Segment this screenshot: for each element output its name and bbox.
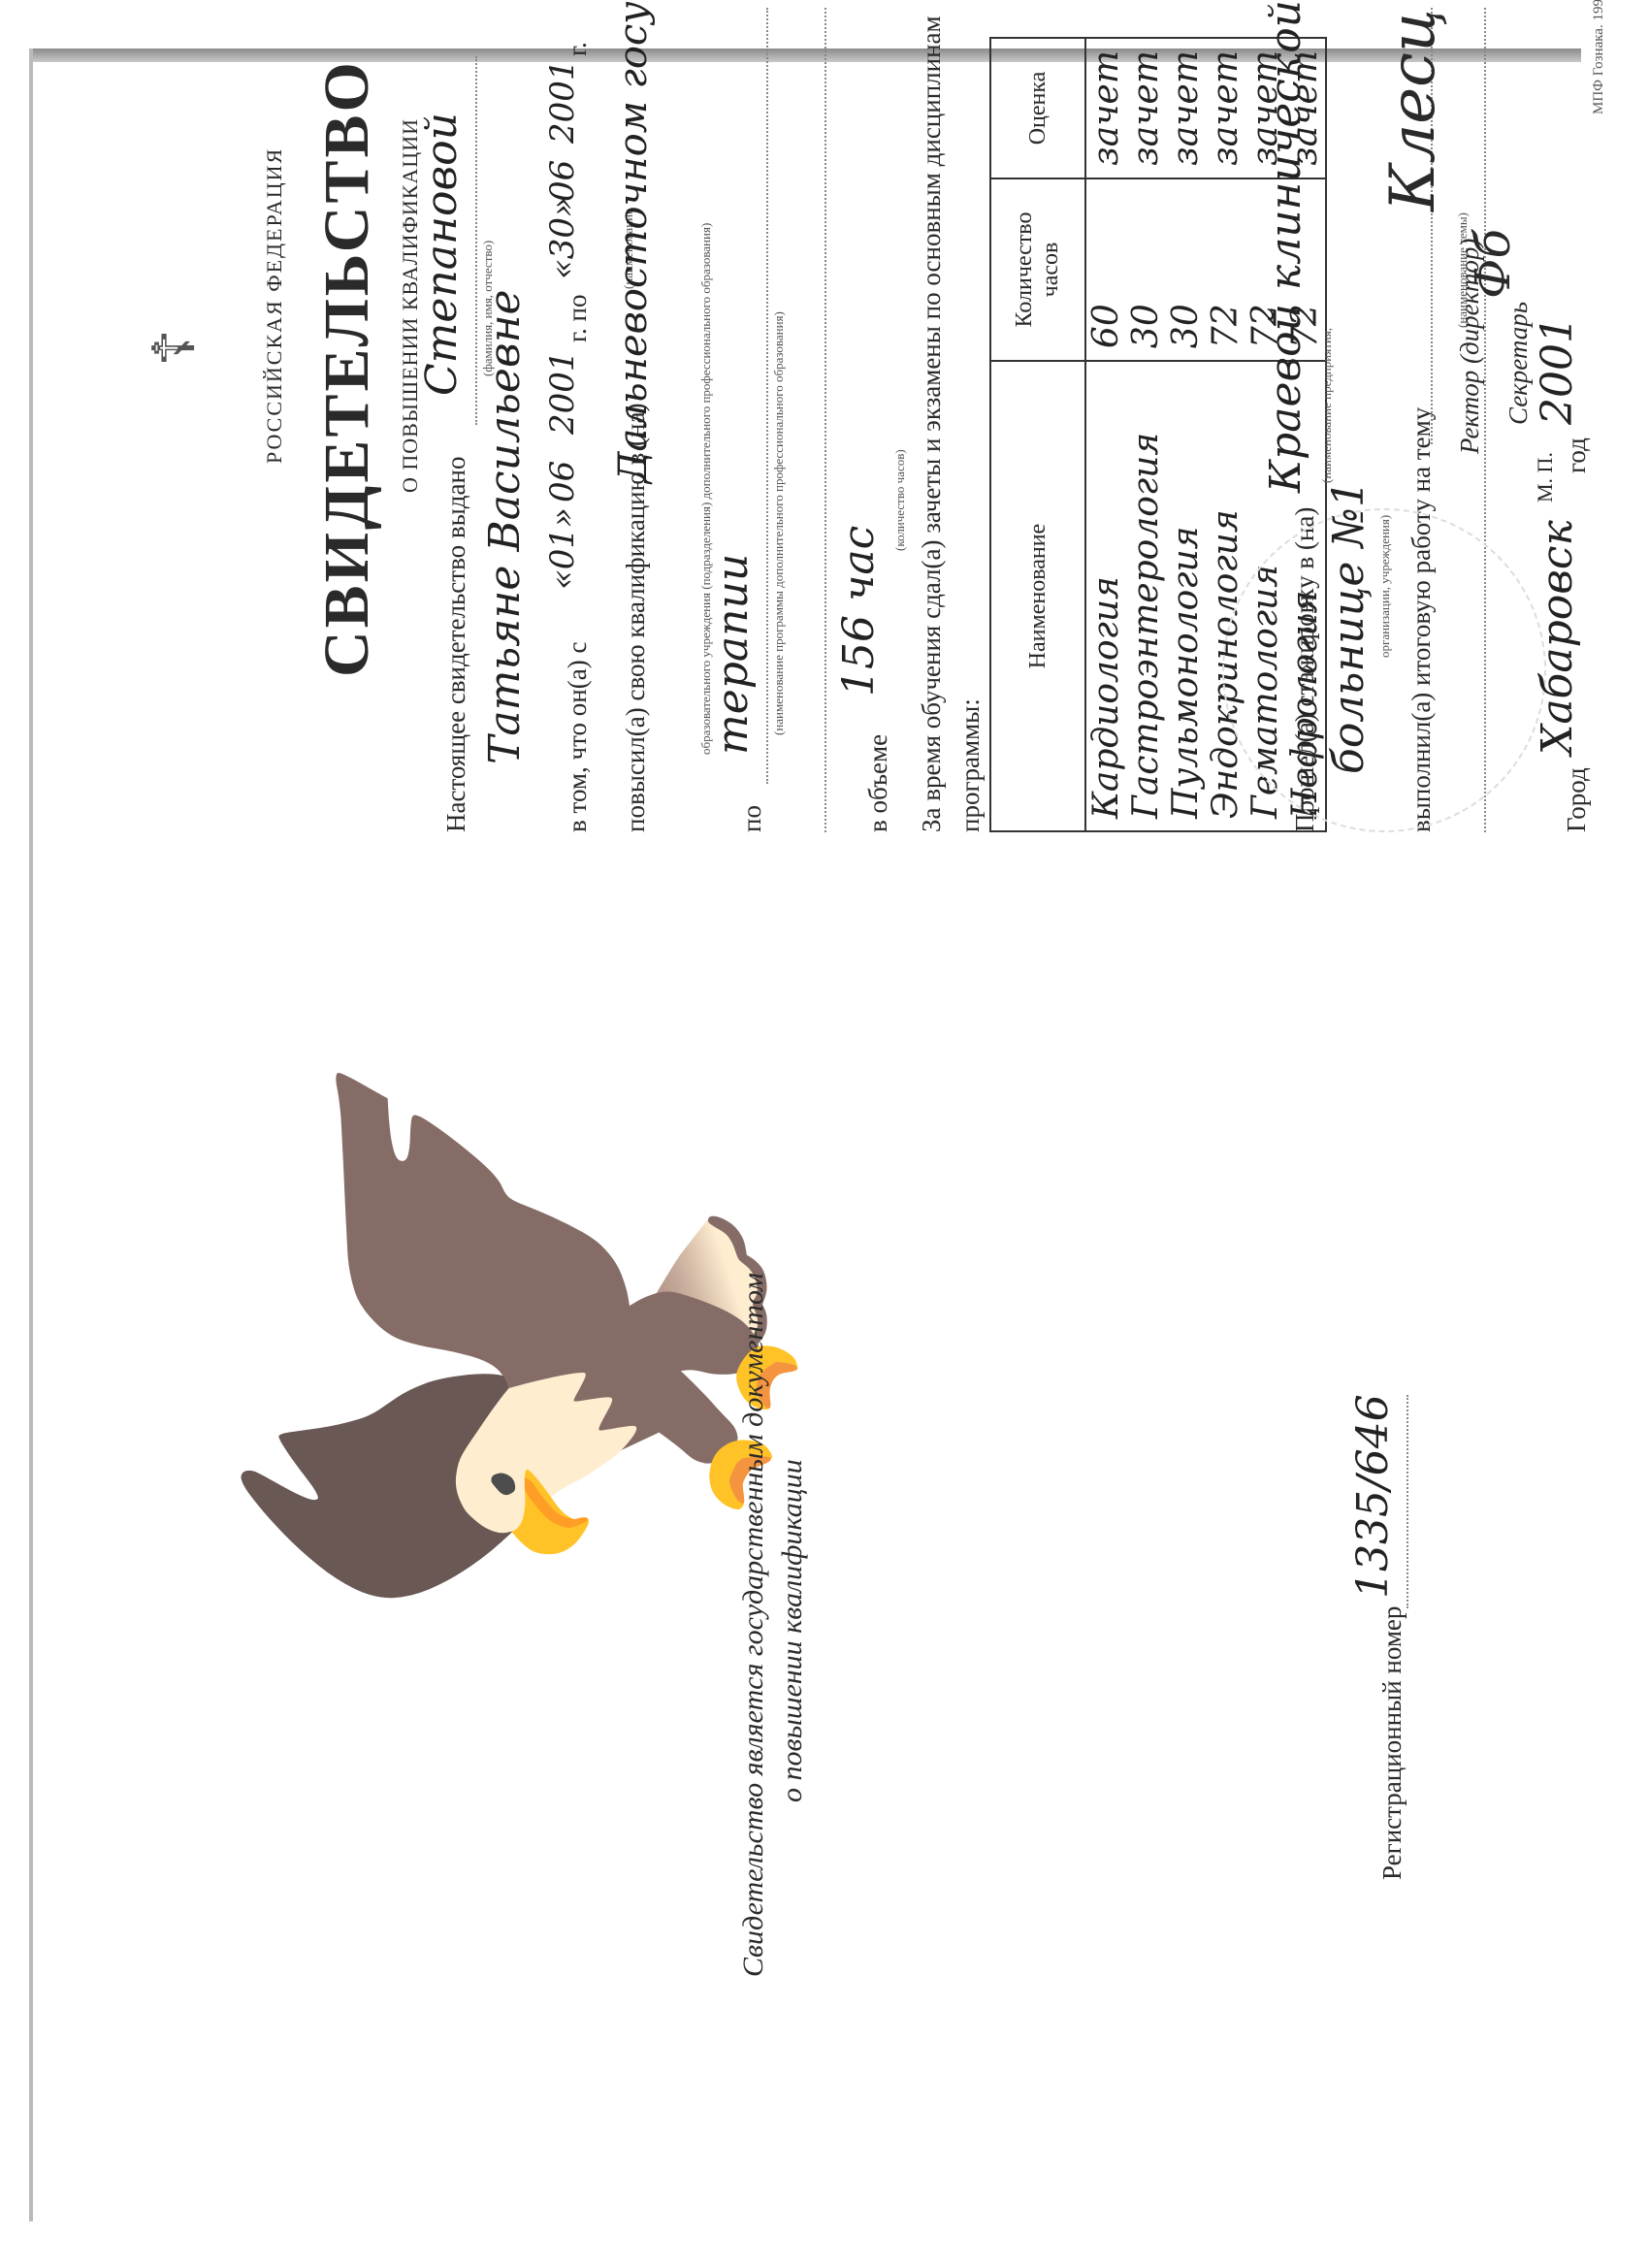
program-caption: (наименование программы дополнительного … [771, 311, 787, 735]
column-header-grade: Оценка [990, 38, 1085, 178]
exams-text-1: За время обучения сдал(а) зачеты и экзам… [917, 16, 947, 832]
date-from-month: 06 [543, 461, 582, 502]
cell-name: Кардиология [1085, 361, 1126, 831]
volume-caption: (количество часов) [892, 449, 908, 551]
city-value: Хабаровск [1533, 520, 1582, 755]
stamp-circle [1222, 508, 1546, 832]
cell-grade: зачет [1126, 38, 1166, 178]
holder-surname: Степановой [417, 113, 467, 396]
period-mid: г. по [563, 295, 593, 342]
date-to-year: 2001 [543, 59, 582, 144]
internship-value-1: Краевой клинической [1261, 0, 1310, 493]
certificate-title: СВИДЕТЕЛЬСТВО [310, 59, 384, 677]
cell-hours: 72 [1206, 178, 1245, 361]
internship-caption: (наименование предприятия, [1319, 328, 1335, 483]
holder-caption: (фамилия, имя, отчество) [480, 241, 496, 376]
country-label: РОССИЙСКАЯ ФЕДЕРАЦИЯ [262, 147, 287, 464]
certificate-sheet: ☦ РОССИЙСКАЯ ФЕДЕРАЦИЯ СВИДЕТЕЛЬСТВО О П… [0, 0, 1649, 2268]
issued-label: Настоящее свидетельство выдано [441, 457, 471, 832]
cover-note-line2: о повышении квалификации [776, 1459, 809, 1802]
rector-signature: Клесц [1377, 9, 1449, 211]
emblem-small-icon: ☦ [141, 329, 209, 367]
date-from-year: 2001 [543, 350, 582, 435]
table-row: Пульмонология30зачет [1166, 38, 1206, 831]
cell-hours: 60 [1085, 178, 1126, 361]
table-row: Кардиология60зачет [1085, 38, 1126, 831]
dotted-line [475, 56, 477, 425]
date-to-day: «30» [543, 197, 582, 279]
stamp-label: М. П. [1533, 452, 1558, 502]
secretary-label: Секретарь [1503, 302, 1534, 425]
column-header-name: Наименование [990, 361, 1085, 831]
date-from-day: «01» [543, 507, 582, 590]
cell-name: Пульмонология [1166, 361, 1206, 831]
city-label: Город [1562, 767, 1592, 832]
program-value: терапии [708, 554, 758, 755]
institution-value: Дальневосточном государственном медицинс… [611, 0, 656, 483]
cell-grade: зачет [1085, 38, 1126, 178]
period-prefix: в том, что он(а) с [563, 642, 593, 832]
period-suffix: г. [563, 42, 593, 56]
year-label: год [1562, 437, 1592, 473]
table-row: Гастроэнтерология30зачет [1126, 38, 1166, 831]
cell-hours: 30 [1126, 178, 1166, 361]
program-prefix: по [737, 805, 767, 832]
cell-hours: 30 [1166, 178, 1206, 361]
volume-prefix: в объеме [863, 734, 893, 832]
cell-grade: зачет [1166, 38, 1206, 178]
dotted-line [824, 8, 826, 832]
date-to-month: 06 [543, 160, 582, 202]
column-header-hours: Количество часов [990, 178, 1085, 361]
exams-text-2: программы: [955, 698, 986, 832]
year-value: 2001 [1533, 316, 1582, 425]
table-header-row: Наименование Количество часов Оценка [990, 38, 1085, 831]
dotted-line [766, 8, 768, 784]
printer-mark: МПФ Гознака. 1996. [1591, 0, 1607, 114]
secretary-signature: Фб [1465, 229, 1521, 299]
reg-number-label: Регистрационный номер [1377, 1606, 1407, 1880]
cover-note-line1: Свидетельство является государственным д… [737, 1273, 770, 1977]
cell-name: Гастроэнтерология [1126, 361, 1166, 831]
reg-number-value: 1335/646 [1348, 1394, 1398, 1599]
volume-value: 156 час [834, 526, 884, 697]
dotted-line [1406, 1395, 1408, 1608]
cell-grade: зачет [1206, 38, 1245, 178]
double-headed-eagle-icon: 🦅 [272, 1020, 776, 1647]
